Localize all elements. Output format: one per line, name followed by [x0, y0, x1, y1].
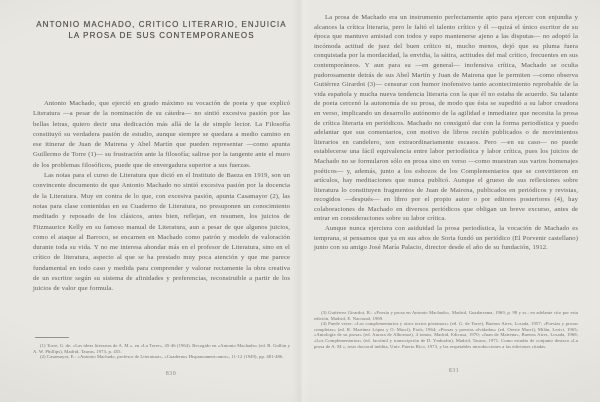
footnote: (3) Gutiérrez Girardot, R.: «Poesía y pr…: [314, 310, 578, 321]
right-page-body: La prosa de Machado era un instrumento p…: [314, 13, 578, 253]
footnote: (2) Casamayor, E.: «Antonio Machado, pro…: [33, 354, 290, 360]
paragraph: Aunque nunca ejerciera con asiduidad la …: [314, 224, 578, 253]
left-page: ANTONIO MACHADO, CRITICO LITERARIO, ENJU…: [33, 0, 290, 402]
footnote-separator-rule: [35, 337, 69, 338]
left-page-body: Antonio Machado, que ejerció en grado má…: [33, 99, 290, 295]
page-number-left: 830: [151, 371, 191, 377]
footnote: (1) Torre, G. de: «Las ideas literarias …: [33, 343, 290, 354]
left-page-footnotes: (1) Torre, G. de: «Las ideas literarias …: [33, 343, 290, 360]
scanned-article-spread: ANTONIO MACHADO, CRITICO LITERARIO, ENJU…: [0, 0, 600, 402]
article-title-line-2: LA PROSA DE SUS CONTEMPORANEOS: [33, 30, 290, 41]
right-page-footnotes: (3) Gutiérrez Girardot, R.: «Poesía y pr…: [314, 310, 578, 349]
paragraph: Antonio Machado, que ejerció en grado má…: [33, 99, 290, 171]
footnote: (4) Puede verse: «Los complementarios y …: [314, 321, 578, 349]
page-number-right: 831: [434, 368, 474, 374]
article-title: ANTONIO MACHADO, CRITICO LITERARIO, ENJU…: [33, 19, 290, 41]
page-fold-shadow: [292, 0, 310, 402]
paragraph: La prosa de Machado era un instrumento p…: [314, 13, 578, 224]
right-page: La prosa de Machado era un instrumento p…: [314, 0, 578, 402]
article-title-line-1: ANTONIO MACHADO, CRITICO LITERARIO, ENJU…: [33, 19, 290, 30]
paragraph: Las notas para el curso de Literatura qu…: [33, 171, 290, 295]
